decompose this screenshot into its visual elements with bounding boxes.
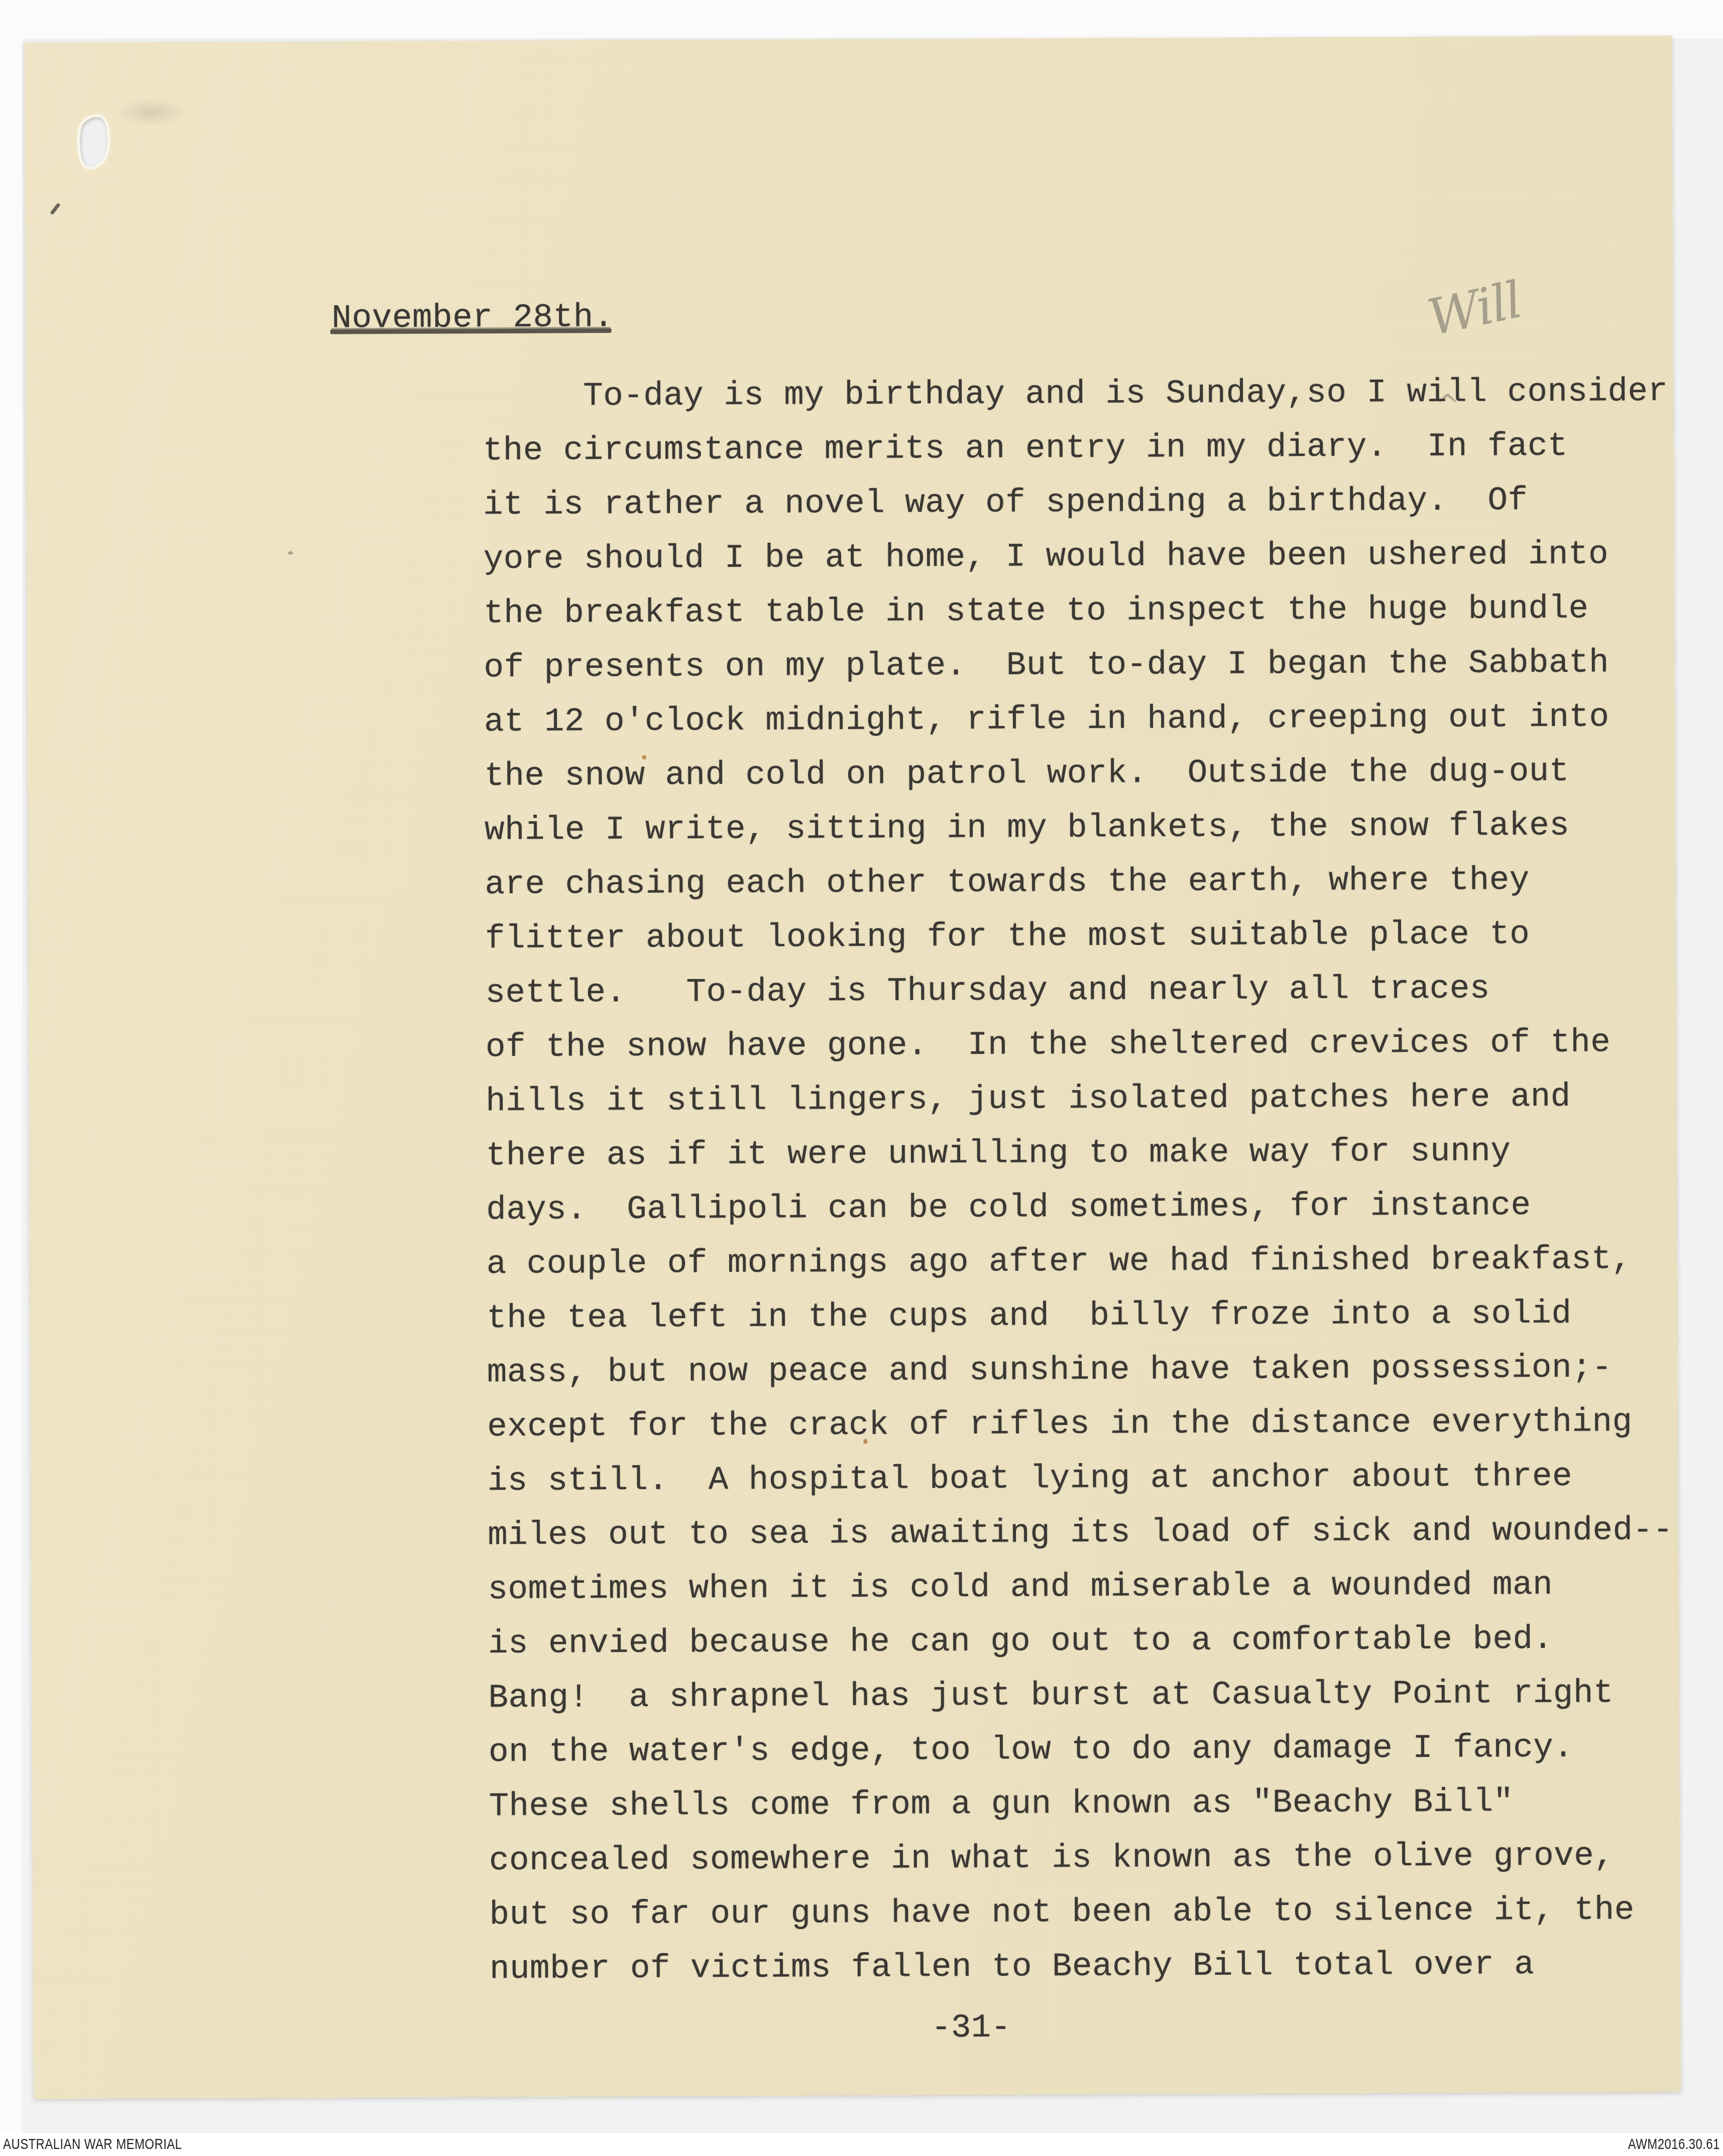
typed-line: it is rather a novel way of spending a b… [483, 473, 1678, 532]
typed-line: number of victims fallen to Beachy Bill … [490, 1937, 1685, 1996]
typed-line: the circumstance merits an entry in my d… [483, 419, 1678, 478]
diary-page: November 28th. Will ^ To-day is my birth… [25, 36, 1681, 2099]
typed-line: while I write, sitting in my blankets, t… [485, 798, 1680, 858]
typed-line: are chasing each other towards the earth… [485, 853, 1680, 912]
typed-line: except for the crack of rifles in the di… [487, 1395, 1682, 1454]
paper-speck [288, 551, 293, 555]
typed-line: at 12 o'clock midnight, rifle in hand, c… [484, 690, 1679, 749]
typed-body: To-day is my birthday and is Sunday,so I… [483, 365, 1685, 1996]
archive-reference: AWM2016.30.61 [1628, 2136, 1720, 2153]
typed-line: mass, but now peace and sunshine have ta… [487, 1341, 1682, 1400]
typed-line: sometimes when it is cold and miserable … [488, 1558, 1683, 1617]
handwritten-annotation: Will [1423, 254, 1602, 347]
typed-line: the snow and cold on patrol work. Outsid… [484, 744, 1679, 803]
footer-bar: AUSTRALIAN WAR MEMORIAL AWM2016.30.61 [0, 2133, 1723, 2156]
typed-line: the breakfast table in state to inspect … [484, 581, 1679, 641]
typed-line: of the snow have gone. In the sheltered … [486, 1015, 1681, 1074]
typed-line: on the water's edge, too low to do any d… [489, 1720, 1684, 1779]
typed-line: These shells come from a gun known as "B… [489, 1774, 1684, 1834]
typed-line: days. Gallipoli can be cold sometimes, f… [486, 1178, 1681, 1237]
typed-line: yore should I be at home, I would have b… [483, 527, 1678, 586]
typed-line: Bang! a shrapnel has just burst at Casua… [488, 1666, 1683, 1725]
typed-line: but so far our guns have not been able t… [489, 1883, 1684, 1942]
paper-smudge [116, 98, 186, 127]
paper-speck [50, 202, 60, 215]
typed-line: flitter about looking for the most suita… [485, 907, 1680, 966]
page-number: -31- [931, 2001, 1011, 2056]
typed-line: a couple of mornings ago after we had fi… [486, 1232, 1681, 1291]
typed-line: miles out to sea is awaiting its load of… [488, 1503, 1683, 1563]
paper-tear-hole [76, 115, 110, 169]
typed-line: hills it still lingers, just isolated pa… [486, 1069, 1681, 1129]
typed-line: there as if it were unwilling to make wa… [486, 1124, 1681, 1183]
scanner-left-margin [0, 0, 22, 2156]
typed-line: is envied because he can go out to a com… [488, 1612, 1683, 1671]
typed-line: is still. A hospital boat lying at ancho… [487, 1449, 1682, 1508]
archive-name: AUSTRALIAN WAR MEMORIAL [3, 2136, 182, 2153]
typed-line: concealed somewhere in what is known as … [489, 1829, 1684, 1888]
scanner-top-margin [0, 0, 1723, 38]
typed-line: settle. To-day is Thursday and nearly al… [485, 961, 1680, 1020]
typed-line: the tea left in the cups and billy froze… [487, 1286, 1682, 1346]
typed-line: To-day is my birthday and is Sunday,so I… [483, 365, 1678, 424]
typed-line: of presents on my plate. But to-day I be… [484, 636, 1679, 695]
